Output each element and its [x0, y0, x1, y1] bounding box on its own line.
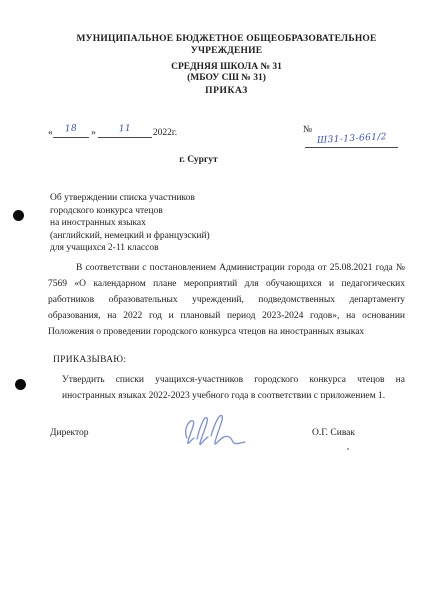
stray-ink-dot	[347, 448, 349, 450]
document-header: МУНИЦИПАЛЬНОЕ БЮДЖЕТНОЕ ОБЩЕОБРАЗОВАТЕЛЬ…	[48, 33, 405, 97]
handwritten-day: 18	[64, 124, 77, 135]
subject-line: (английский, немецкий и французский)	[50, 230, 280, 243]
subject-line: на иностранных языках	[50, 217, 280, 230]
close-quote: »	[91, 128, 96, 138]
document-type-title: ПРИКАЗ	[48, 85, 405, 97]
handwritten-order-number: Ш31-13-661/2	[316, 132, 386, 146]
subject-line: Об утверждении списка участников	[50, 192, 280, 205]
order-subject: Об утверждении списка участников городск…	[50, 192, 280, 255]
order-number-blank: Ш31-13-661/2	[305, 135, 398, 148]
handwritten-month: 11	[118, 124, 131, 135]
day-blank: 18	[53, 125, 89, 138]
date-and-number-row: «18 »112022г. №Ш31-13-661/2	[48, 125, 405, 141]
city-name: г. Сургут	[20, 155, 377, 165]
year-label: 2022г.	[153, 128, 177, 138]
hole-punch-mark-bottom	[15, 379, 26, 390]
school-abbreviation: (МБОУ СШ № 31)	[48, 73, 405, 85]
order-heading: ПРИКАЗЫВАЮ:	[53, 355, 126, 365]
preamble-paragraph: В соответствии с постановлением Админист…	[48, 260, 405, 340]
order-item-text: Утвердить списки учащихся-участников гор…	[62, 372, 405, 404]
school-name: СРЕДНЯЯ ШКОЛА № 31	[48, 61, 405, 73]
hole-punch-mark-top	[13, 210, 24, 221]
order-number-group: №Ш31-13-661/2	[303, 125, 405, 148]
month-blank: 11	[98, 125, 152, 138]
signature-handwriting	[180, 411, 252, 453]
subject-line: городского конкурса чтецов	[50, 205, 280, 218]
subject-line: для учащихся 2-11 классов	[50, 242, 280, 255]
signer-position: Директор	[50, 428, 89, 438]
organization-name-line1: МУНИЦИПАЛЬНОЕ БЮДЖЕТНОЕ ОБЩЕОБРАЗОВАТЕЛЬ…	[48, 33, 405, 45]
signer-name: О.Г. Сивак	[312, 428, 355, 438]
scanned-order-document: МУНИЦИПАЛЬНОЕ БЮДЖЕТНОЕ ОБЩЕОБРАЗОВАТЕЛЬ…	[0, 0, 421, 600]
organization-name-line2: УЧРЕЖДЕНИЕ	[48, 45, 405, 57]
number-sign-label: №	[303, 125, 312, 135]
